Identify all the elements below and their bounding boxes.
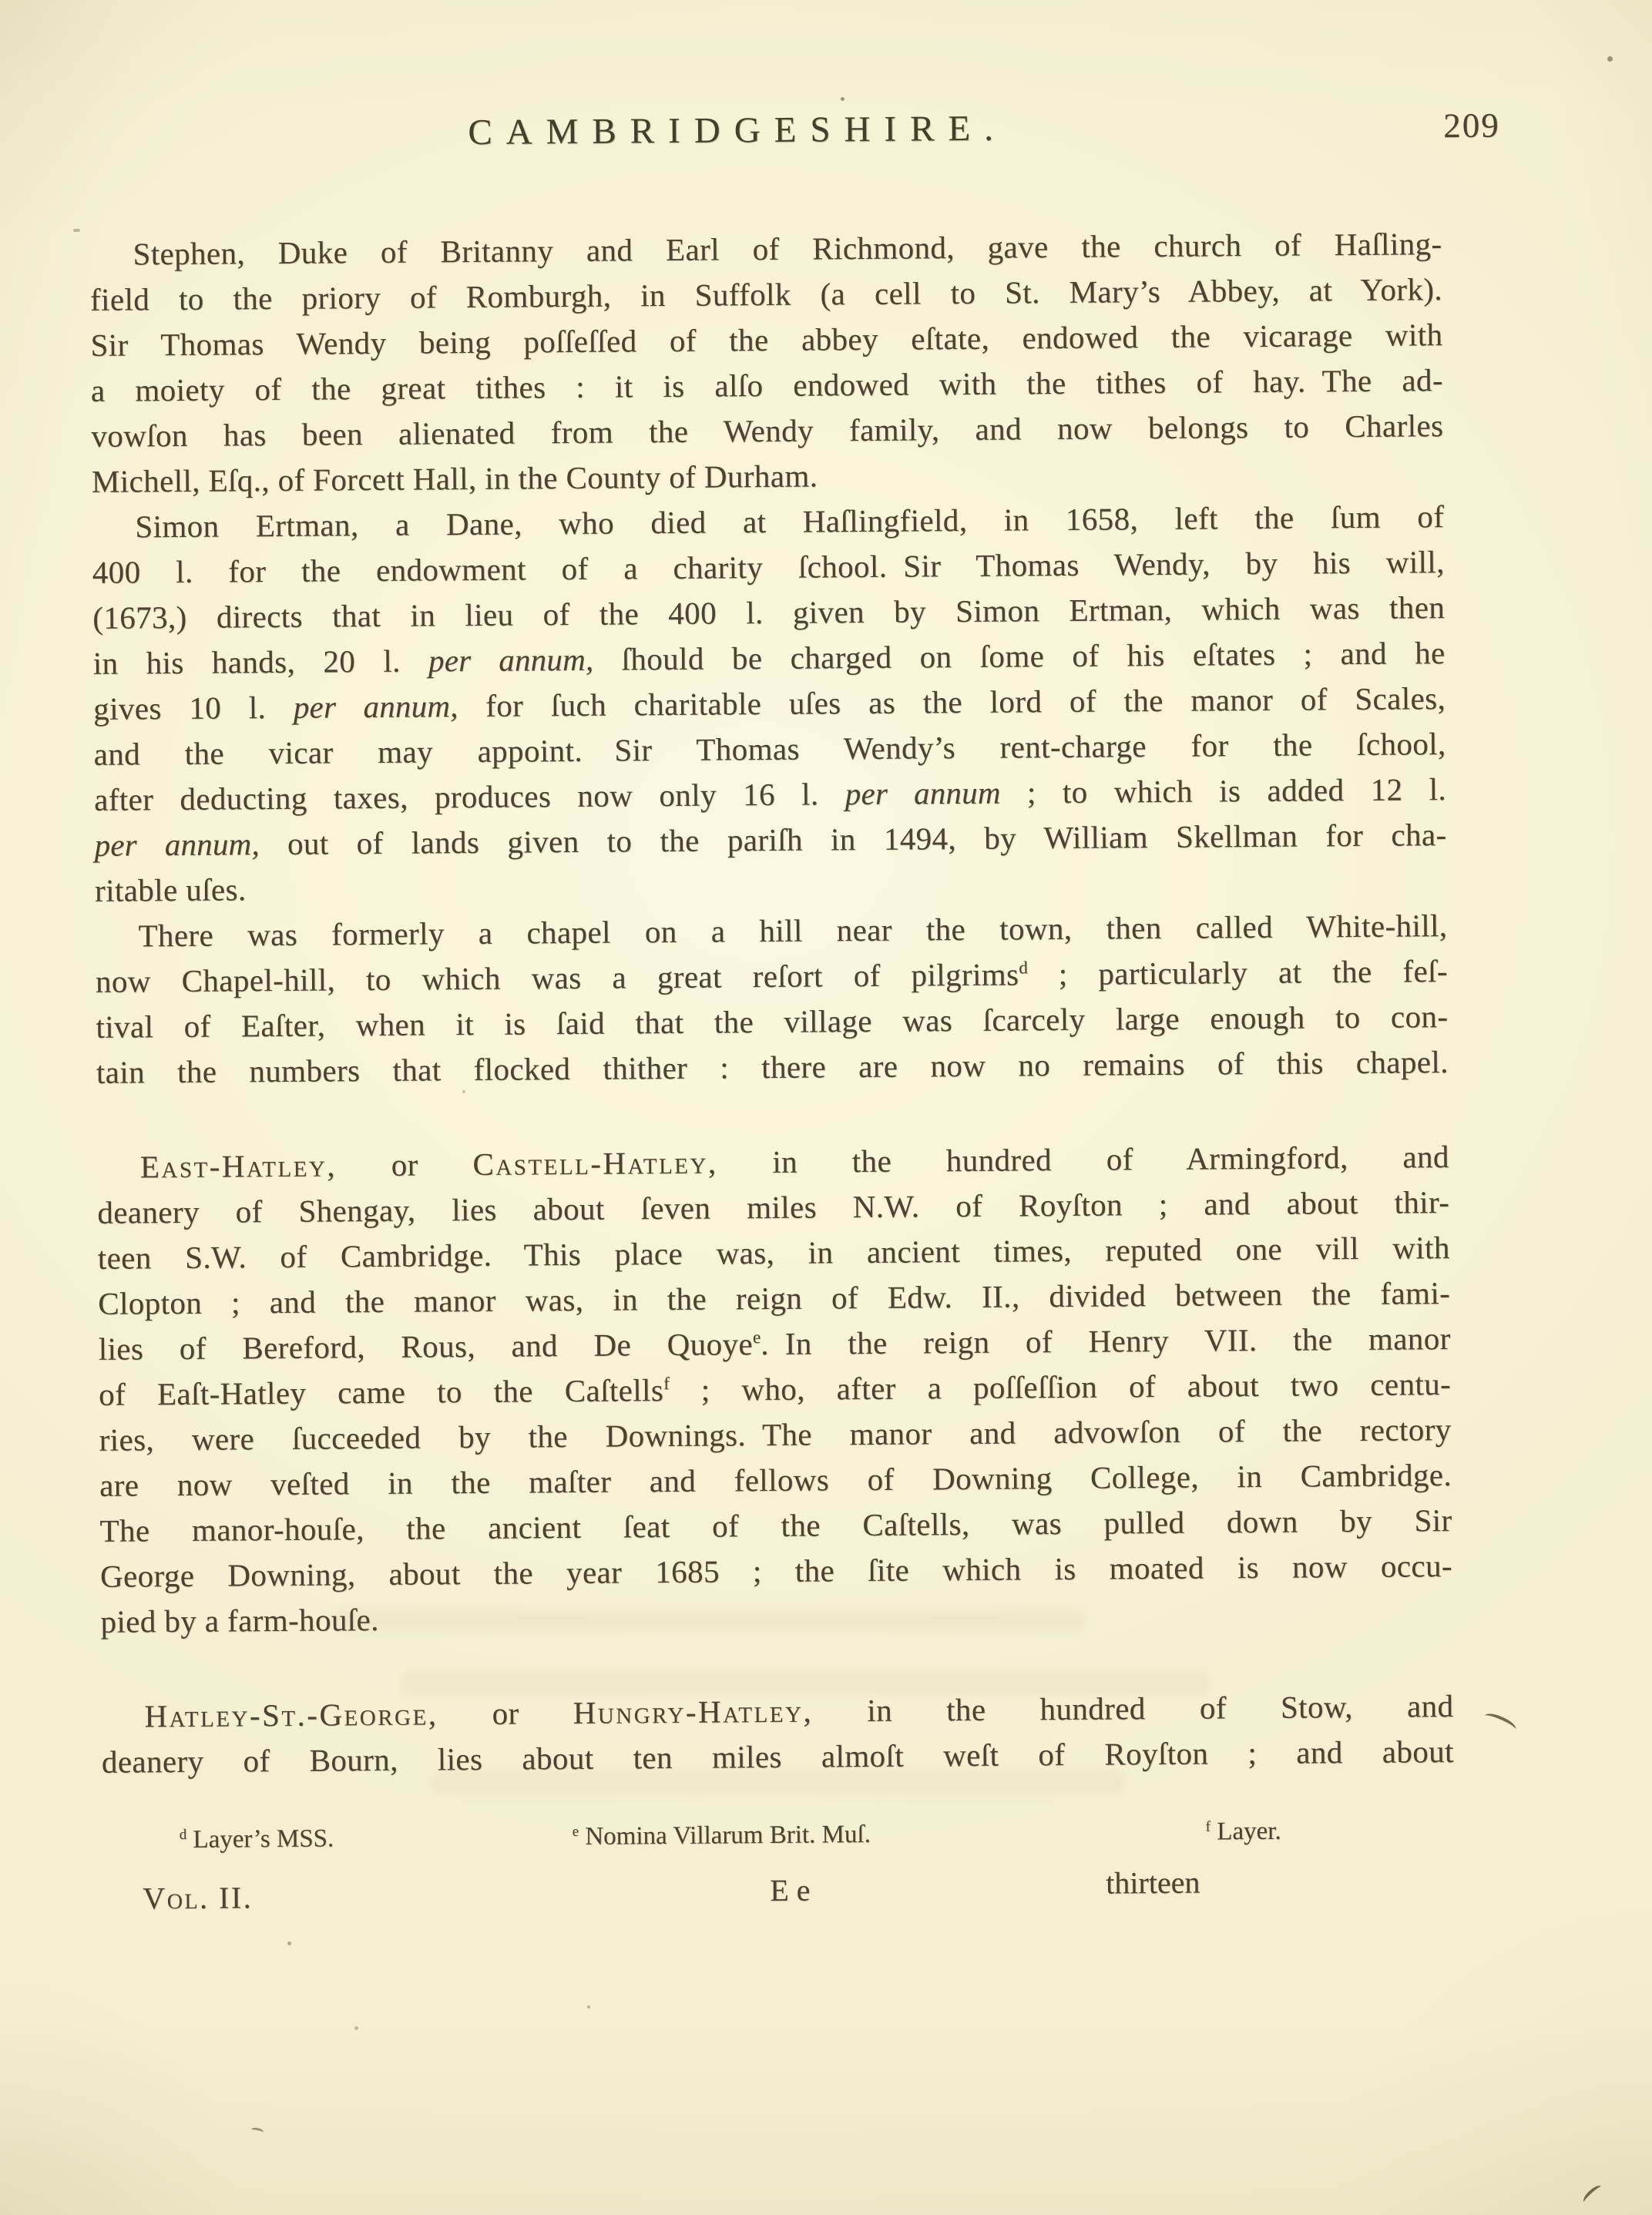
footnote-text: Layer. [1217, 1817, 1281, 1846]
book-page-scan: CAMBRIDGESHIRE. 209 Stephen, Duke of Bri… [0, 0, 1652, 2215]
footnote-marker: f [1206, 1819, 1210, 1835]
catchword: thirteen [1106, 1864, 1200, 1901]
page-content: CAMBRIDGESHIRE. 209 Stephen, Duke of Bri… [89, 93, 1455, 1921]
footnotes-row: d Layer’s MSS. e Nomina Villarum Brit. M… [102, 1816, 1455, 1867]
pen-mark [250, 2126, 264, 2135]
foxing-speck [73, 229, 80, 232]
paragraph: East-Hatley, or Castell-Hatley, in the h… [97, 1134, 1453, 1645]
bleed-through [401, 1672, 1210, 1695]
paragraph: Hatley-St.-George, or Hungry-Hatley, in … [101, 1683, 1454, 1785]
foxing-speck [354, 2026, 358, 2030]
page-footer: Vol. II. E e thirteen [102, 1867, 1455, 1921]
bleed-through [331, 1610, 1086, 1630]
foxing-speck [1607, 56, 1613, 62]
footnote-text: Nomina Villarum Brit. Muſ. [585, 1821, 871, 1851]
signature-mark: E e [770, 1872, 811, 1908]
footnote: f Layer. [1206, 1817, 1281, 1847]
volume-label: Vol. II. [143, 1879, 253, 1916]
foxing-speck [462, 1090, 465, 1093]
footnote: e Nomina Villarum Brit. Muſ. [572, 1821, 871, 1851]
paragraph: There was formerly a chapel on a hill ne… [95, 903, 1449, 1096]
running-head: CAMBRIDGESHIRE. 209 [89, 93, 1442, 195]
paragraph: Simon Ertman, a Dane, who died at Haſlin… [92, 494, 1447, 914]
foxing-speck [287, 1941, 291, 1945]
footnote-marker: d [180, 1827, 187, 1843]
page-number: 209 [1443, 106, 1500, 146]
paragraph: Stephen, Duke of Britanny and Earl of Ri… [89, 221, 1444, 505]
page-title: CAMBRIDGESHIRE. [468, 108, 1007, 153]
page-body: Stephen, Duke of Britanny and Earl of Ri… [89, 221, 1454, 1785]
text-line: tain the numbers that flocked thither : … [96, 1039, 1449, 1096]
foxing-speck [587, 2005, 590, 2009]
pen-mark [1482, 1710, 1519, 1736]
footnote-marker: e [572, 1824, 579, 1840]
footnote: d Layer’s MSS. [180, 1824, 334, 1854]
footnote-text: Layer’s MSS. [193, 1824, 334, 1853]
bleed-through [431, 1772, 1125, 1794]
pen-mark [1581, 2183, 1604, 2206]
foxing-speck [841, 97, 844, 101]
